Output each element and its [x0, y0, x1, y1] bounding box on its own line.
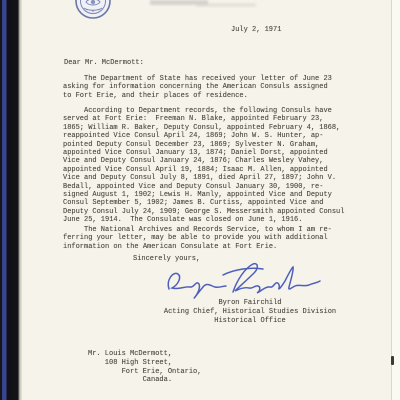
body-paragraph-1: The Department of State has received you…	[63, 75, 363, 100]
body-paragraph-2: According to Department records, the fol…	[63, 107, 363, 225]
signature-block: Byron Fairchild Acting Chief, Historical…	[105, 299, 395, 326]
recipient-address-block: Mr. Louis McDermott, 108 High Street, Fo…	[88, 350, 201, 385]
scanned-letter-page: July 2, 1971 Dear Mr. McDermott: The Dep…	[0, 0, 400, 400]
paper-right-edge	[391, 0, 400, 400]
department-of-state-seal-icon	[74, 0, 112, 20]
signer-office: Historical Office	[105, 317, 395, 326]
scan-edge-mark	[391, 356, 394, 365]
left-binding-strip	[0, 0, 22, 400]
handwritten-signature	[163, 257, 323, 305]
letter-date: July 2, 1971	[231, 26, 281, 34]
signer-typed-name: Byron Fairchild	[105, 299, 395, 308]
body-paragraph-3: The National Archives and Records Servic…	[63, 226, 363, 251]
salutation: Dear Mr. McDermott:	[64, 59, 144, 67]
letterhead-smudge	[196, 3, 256, 7]
signer-title: Acting Chief, Historical Studies Divisio…	[105, 308, 395, 317]
